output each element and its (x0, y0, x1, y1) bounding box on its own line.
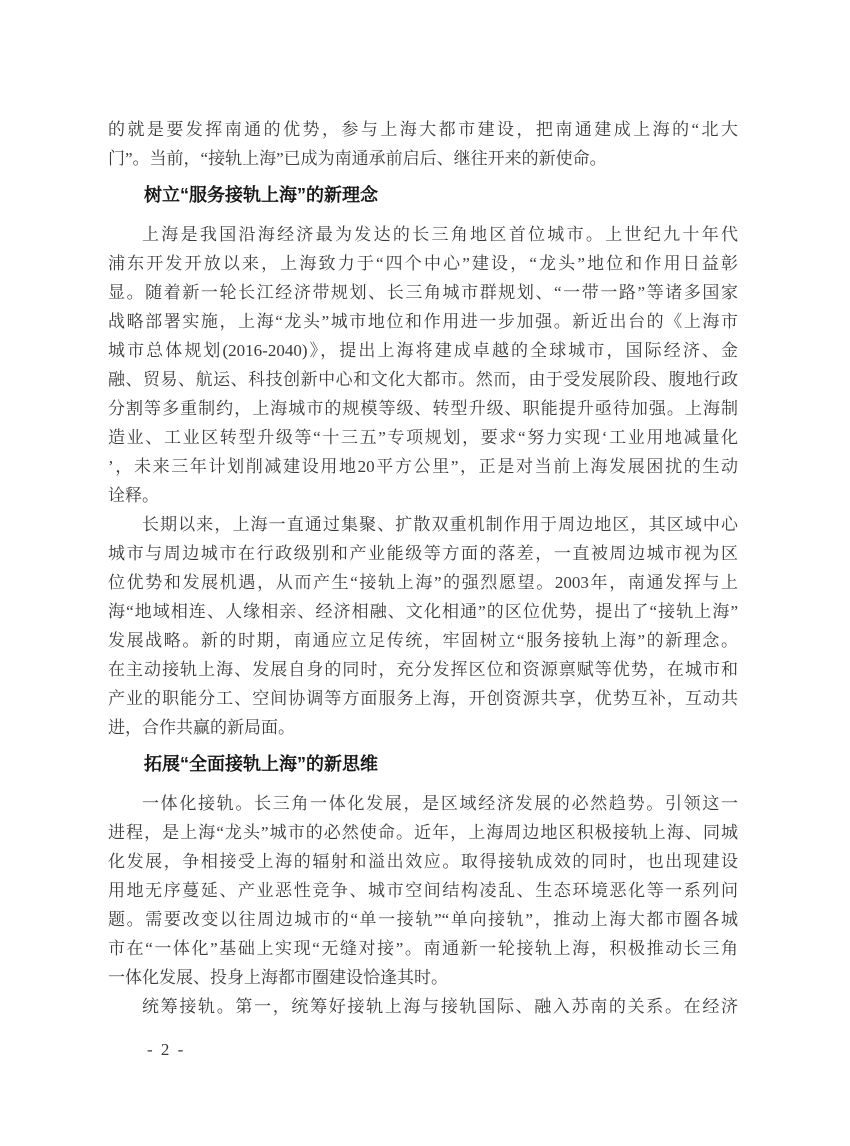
paragraph-line: 城市与周边城市在行政级别和产业能级等方面的落差，一直被周边城市视为区 (108, 539, 738, 568)
paragraph-line: 题。需要改变以往周边城市的“单一接轨”“单向接轨”，推动上海大都市圈各城 (108, 905, 738, 934)
text-column: 的就是要发挥南通的优势，参与上海大都市建设，把南通建成上海的“北大 门”。当前，… (108, 115, 738, 1021)
paragraph-line: 上海是我国沿海经济最为发达的长三角地区首位城市。上世纪九十年代 (108, 220, 738, 249)
paragraph-line: 位优势和发展机遇，从而产生“接轨上海”的强烈愿望。2003年，南通发挥与上 (108, 568, 738, 597)
page-number: - 2 - (147, 1040, 185, 1060)
paragraph-line: 战略部署实施，上海“龙头”城市地位和作用进一步加强。新近出台的《上海市 (108, 307, 738, 336)
paragraph-line: 统筹接轨。第一，统筹好接轨上海与接轨国际、融入苏南的关系。在经济 (108, 992, 738, 1021)
paragraph-line: 长期以来，上海一直通过集聚、扩散双重机制作用于周边地区，其区域中心 (108, 510, 738, 539)
paragraph-line: 进，合作共赢的新局面。 (108, 713, 738, 742)
paragraph-line: 进程，是上海“龙头”城市的必然使命。近年，上海周边地区积极接轨上海、同城 (108, 818, 738, 847)
paragraph-line: 一体化接轨。长三角一体化发展，是区域经济发展的必然趋势。引领这一 (108, 789, 738, 818)
section-heading: 树立“服务接轨上海”的新理念 (108, 181, 738, 210)
paragraph-line: 海“地域相连、人缘相亲、经济相融、文化相通”的区位优势，提出了“接轨上海” (108, 597, 738, 626)
paragraph-line: 城市总体规划(2016-2040)》，提出上海将建成卓越的全球城市，国际经济、金 (108, 336, 738, 365)
paragraph-line: 造业、工业区转型升级等“十三五”专项规划，要求“努力实现‘工业用地减量化 (108, 423, 738, 452)
paragraph-line: 在主动接轨上海、发展自身的同时，充分发挥区位和资源禀赋等优势，在城市和 (108, 655, 738, 684)
paragraph-line: 发展战略。新的时期，南通应立足传统，牢固树立“服务接轨上海”的新理念。 (108, 626, 738, 655)
document-page: 的就是要发挥南通的优势，参与上海大都市建设，把南通建成上海的“北大 门”。当前，… (0, 0, 850, 1146)
paragraph-line: 融、贸易、航运、科技创新中心和文化大都市。然而，由于受发展阶段、腹地行政 (108, 365, 738, 394)
paragraph-line: 一体化发展、投身上海都市圈建设恰逢其时。 (108, 963, 738, 992)
paragraph-line: 用地无序蔓延、产业恶性竞争、城市空间结构凌乱、生态环境恶化等一系列问 (108, 876, 738, 905)
paragraph-line: 的就是要发挥南通的优势，参与上海大都市建设，把南通建成上海的“北大 (108, 115, 738, 144)
paragraph-line: 产业的职能分工、空间协调等方面服务上海，开创资源共享，优势互补，互动共 (108, 684, 738, 713)
paragraph-line: 显。随着新一轮长江经济带规划、长三角城市群规划、“一带一路”等诸多国家 (108, 278, 738, 307)
paragraph-line: 浦东开发开放以来，上海致力于“四个中心”建设，“龙头”地位和作用日益彰 (108, 249, 738, 278)
paragraph-line: 市在“一体化”基础上实现“无缝对接”。南通新一轮接轨上海，积极推动长三角 (108, 934, 738, 963)
paragraph-line: 门”。当前，“接轨上海”已成为南通承前启后、继往开来的新使命。 (108, 144, 738, 173)
paragraph-line: 诠释。 (108, 481, 738, 510)
paragraph-line: 分割等多重制约，上海城市的规模等级、转型升级、职能提升亟待加强。上海制 (108, 394, 738, 423)
paragraph-line: ’，未来三年计划削减建设用地20平方公里”，正是对当前上海发展困扰的生动 (108, 452, 738, 481)
section-heading: 拓展“全面接轨上海”的新思维 (108, 750, 738, 779)
paragraph-line: 化发展，争相接受上海的辐射和溢出效应。取得接轨成效的同时，也出现建设 (108, 847, 738, 876)
